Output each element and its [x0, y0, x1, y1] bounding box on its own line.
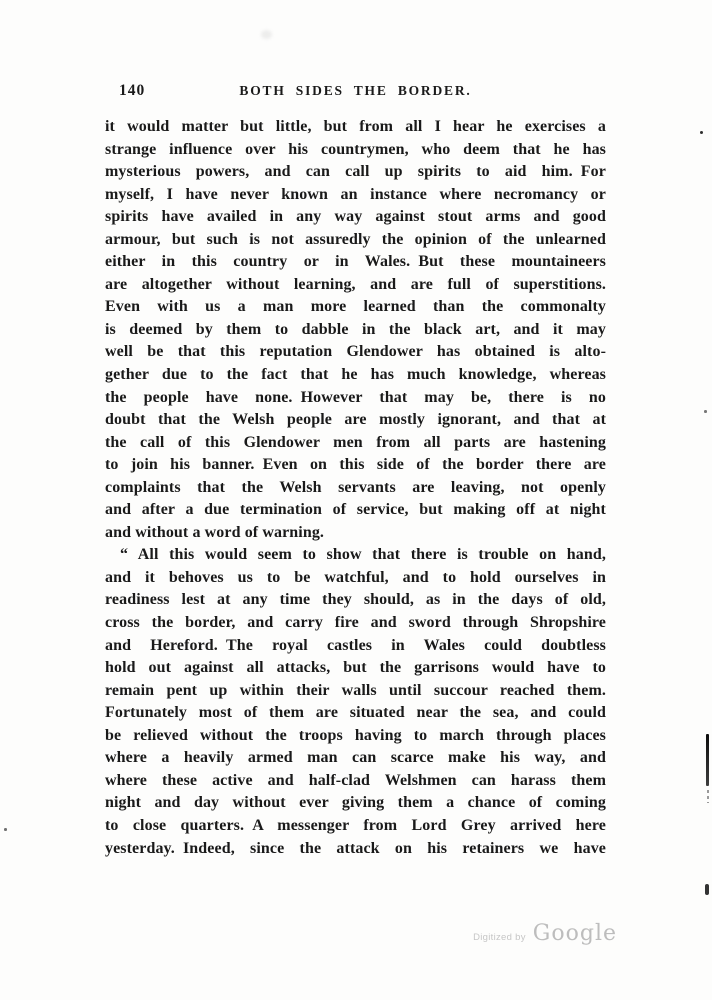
text-line: the people have none. However that may b… [105, 387, 606, 410]
text-line: and it behoves us to be watchful, and to… [105, 567, 606, 590]
text-line: strange influence over his countrymen, w… [105, 139, 606, 162]
text-line: doubt that the Welsh people are mostly i… [105, 409, 606, 432]
scan-edge-blob [705, 884, 709, 895]
text-line: well be that this reputation Glendower h… [105, 341, 606, 364]
text-line: be relieved without the troops having to… [105, 725, 606, 748]
text-line: hold out against all attacks, but the ga… [105, 657, 606, 680]
text-line: spirits have availed in any way against … [105, 206, 606, 229]
page-header: 140 BOTH SIDES THE BORDER. [105, 82, 606, 102]
text-line: and without a word of warning. [105, 522, 606, 545]
text-line: armour, but such is not assuredly the op… [105, 229, 606, 252]
text-line: complaints that the Welsh servants are l… [105, 477, 606, 500]
text-line: “ All this would seem to show that there… [105, 544, 606, 567]
text-line: where these active and half-clad Welshme… [105, 770, 606, 793]
text-line: to close quarters. A messenger from Lord… [105, 815, 606, 838]
text-line: are altogether without learning, and are… [105, 274, 606, 297]
text-line: and after a due termination of service, … [105, 499, 606, 522]
text-line: myself, I have never known an instance w… [105, 184, 606, 207]
scan-speck-right-upper [700, 131, 703, 134]
text-line: gether due to the fact that he has much … [105, 364, 606, 387]
google-logo: Google [533, 921, 617, 946]
text-line: and Hereford. The royal castles in Wales… [105, 635, 606, 658]
watermark: Digitized by Google [473, 921, 617, 946]
text-line: night and day without ever giving them a… [105, 792, 606, 815]
scan-edge-dashes [707, 790, 709, 803]
text-block: it would matter but little, but from all… [105, 116, 606, 860]
text-line: cross the border, and carry fire and swo… [105, 612, 606, 635]
scan-speck-left [4, 828, 7, 831]
scan-edge-line [706, 734, 709, 786]
scan-speck-right-middle [704, 410, 707, 413]
text-line: to join his banner. Even on this side of… [105, 454, 606, 477]
page-number: 140 [119, 82, 145, 100]
text-line: mysterious powers, and can call up spiri… [105, 161, 606, 184]
text-line: Even with us a man more learned than the… [105, 296, 606, 319]
text-line: Fortunately most of them are situated ne… [105, 702, 606, 725]
running-title: BOTH SIDES THE BORDER. [105, 82, 606, 99]
watermark-prefix: Digitized by [473, 932, 526, 943]
text-line: readiness lest at any time they should, … [105, 589, 606, 612]
text-line: where a heavily armed man can scarce mak… [105, 747, 606, 770]
text-line: either in this country or in Wales. But … [105, 251, 606, 274]
text-line: is deemed by them to dabble in the black… [105, 319, 606, 342]
book-page: 140 BOTH SIDES THE BORDER. it would matt… [0, 0, 712, 1000]
text-line: yesterday. Indeed, since the attack on h… [105, 838, 606, 861]
scan-smudge-top [261, 30, 272, 39]
text-line: it would matter but little, but from all… [105, 116, 606, 139]
text-line: the call of this Glendower men from all … [105, 432, 606, 455]
text-line: remain pent up within their walls until … [105, 680, 606, 703]
